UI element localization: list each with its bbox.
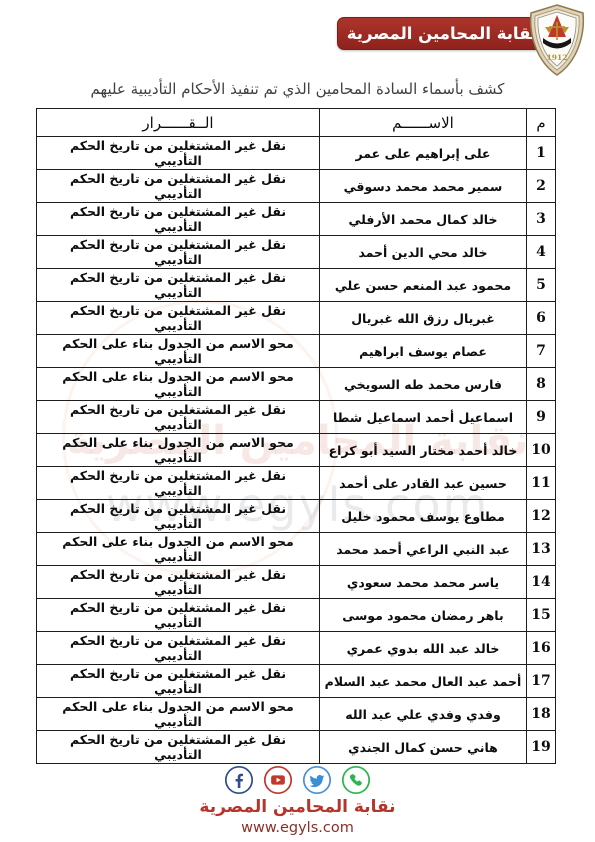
row-number: 8	[527, 368, 556, 401]
row-number: 1	[527, 137, 556, 170]
table-header-row: م الاســــــم الــقــــــرار	[37, 109, 556, 137]
table-row: 11حسين عبد القادر على أحمدنقل غير المشتغ…	[37, 467, 556, 500]
table-row: 2سمير محمد محمد دسوقينقل غير المشتغلين م…	[37, 170, 556, 203]
lawyer-name: خالد كمال محمد الأرفلي	[320, 203, 527, 236]
lawyer-name: مطاوع يوسف محمود خليل	[320, 500, 527, 533]
row-number: 10	[527, 434, 556, 467]
row-number: 2	[527, 170, 556, 203]
table-row: 14ياسر محمد محمد سعودينقل غير المشتغلين …	[37, 566, 556, 599]
decision-text: نقل غير المشتغلين من تاريخ الحكم التأديب…	[37, 302, 320, 335]
decision-text: نقل غير المشتغلين من تاريخ الحكم التأديب…	[37, 236, 320, 269]
decision-text: محو الاسم من الجدول بناء على الحكم التأد…	[37, 434, 320, 467]
lawyer-name: خالد محي الدين أحمد	[320, 236, 527, 269]
row-number: 5	[527, 269, 556, 302]
decision-text: نقل غير المشتغلين من تاريخ الحكم التأديب…	[37, 401, 320, 434]
whatsapp-icon[interactable]	[341, 765, 371, 795]
lawyer-name: سمير محمد محمد دسوقي	[320, 170, 527, 203]
lawyer-name: على إبراهيم على عمر	[320, 137, 527, 170]
table-row: 8فارس محمد طه السويخيمحو الاسم من الجدول…	[37, 368, 556, 401]
logo-year: 1912	[547, 53, 568, 62]
table-row: 13عبد النبي الراعي أحمد محمدمحو الاسم من…	[37, 533, 556, 566]
table-row: 12مطاوع يوسف محمود خليلنقل غير المشتغلين…	[37, 500, 556, 533]
table-row: 1على إبراهيم على عمرنقل غير المشتغلين من…	[37, 137, 556, 170]
col-header-decision: الــقــــــرار	[37, 109, 320, 137]
decision-text: نقل غير المشتغلين من تاريخ الحكم التأديب…	[37, 269, 320, 302]
row-number: 7	[527, 335, 556, 368]
bar-association-logo-icon: 1912	[525, 4, 589, 76]
row-number: 11	[527, 467, 556, 500]
org-banner-title: نقابة المحامين المصرية	[347, 24, 537, 43]
lawyer-name: وفدي وفدي علي عبد الله	[320, 698, 527, 731]
row-number: 17	[527, 665, 556, 698]
table-row: 16خالد عبد الله بدوي عمرينقل غير المشتغل…	[37, 632, 556, 665]
row-number: 9	[527, 401, 556, 434]
decision-text: محو الاسم من الجدول بناء على الحكم التأد…	[37, 368, 320, 401]
row-number: 15	[527, 599, 556, 632]
row-number: 3	[527, 203, 556, 236]
row-number: 6	[527, 302, 556, 335]
row-number: 13	[527, 533, 556, 566]
table-row: 3خالد كمال محمد الأرفلينقل غير المشتغلين…	[37, 203, 556, 236]
row-number: 4	[527, 236, 556, 269]
lawyer-name: خالد عبد الله بدوي عمري	[320, 632, 527, 665]
decision-text: نقل غير المشتغلين من تاريخ الحكم التأديب…	[37, 665, 320, 698]
table-row: 18وفدي وفدي علي عبد اللهمحو الاسم من الج…	[37, 698, 556, 731]
facebook-icon[interactable]	[224, 765, 254, 795]
row-number: 12	[527, 500, 556, 533]
table-row: 5محمود عبد المنعم حسن علينقل غير المشتغل…	[37, 269, 556, 302]
decision-text: محو الاسم من الجدول بناء على الحكم التأد…	[37, 533, 320, 566]
lawyer-name: غبريال رزق الله غبريال	[320, 302, 527, 335]
decision-text: نقل غير المشتغلين من تاريخ الحكم التأديب…	[37, 566, 320, 599]
table-row: 6غبريال رزق الله غبريالنقل غير المشتغلين…	[37, 302, 556, 335]
decision-text: نقل غير المشتغلين من تاريخ الحكم التأديب…	[37, 632, 320, 665]
row-number: 19	[527, 731, 556, 764]
lawyer-name: خالد أحمد مختار السيد أبو كراع	[320, 434, 527, 467]
table-row: 7عصام يوسف ابراهيممحو الاسم من الجدول بن…	[37, 335, 556, 368]
page-title: كشف بأسماء السادة المحامين الذي تم تنفيذ…	[0, 80, 595, 98]
table-row: 17أحمد عبد العال محمد عبد السلامنقل غير …	[37, 665, 556, 698]
social-icons-row	[0, 765, 595, 795]
lawyer-name: باهر رمضان محمود موسى	[320, 599, 527, 632]
lawyer-name: ياسر محمد محمد سعودي	[320, 566, 527, 599]
lawyer-name: فارس محمد طه السويخي	[320, 368, 527, 401]
lawyer-name: حسين عبد القادر على أحمد	[320, 467, 527, 500]
twitter-icon[interactable]	[302, 765, 332, 795]
disciplinary-list-table: م الاســــــم الــقــــــرار 1على إبراهي…	[36, 108, 556, 764]
table-row: 19هاني حسن كمال الجندينقل غير المشتغلين …	[37, 731, 556, 764]
table-row: 4خالد محي الدين أحمدنقل غير المشتغلين من…	[37, 236, 556, 269]
row-number: 14	[527, 566, 556, 599]
table-row: 10خالد أحمد مختار السيد أبو كراعمحو الاس…	[37, 434, 556, 467]
youtube-icon[interactable]	[263, 765, 293, 795]
lawyer-name: عبد النبي الراعي أحمد محمد	[320, 533, 527, 566]
table-row: 9اسماعيل أحمد اسماعيل شطانقل غير المشتغل…	[37, 401, 556, 434]
decision-text: نقل غير المشتغلين من تاريخ الحكم التأديب…	[37, 467, 320, 500]
decision-text: محو الاسم من الجدول بناء على الحكم التأد…	[37, 335, 320, 368]
lawyer-name: أحمد عبد العال محمد عبد السلام	[320, 665, 527, 698]
table-row: 15باهر رمضان محمود موسىنقل غير المشتغلين…	[37, 599, 556, 632]
footer-org-name: نقابة المحامين المصرية	[0, 797, 595, 817]
lawyer-name: عصام يوسف ابراهيم	[320, 335, 527, 368]
lawyer-name: محمود عبد المنعم حسن علي	[320, 269, 527, 302]
row-number: 16	[527, 632, 556, 665]
col-header-number: م	[527, 109, 556, 137]
footer-website-link[interactable]: www.egyls.com	[0, 820, 595, 836]
document-page: نقابة المحامين المصرية www.egyls.com نقا…	[0, 0, 595, 842]
decision-text: نقل غير المشتغلين من تاريخ الحكم التأديب…	[37, 203, 320, 236]
lawyer-name: هاني حسن كمال الجندي	[320, 731, 527, 764]
decision-text: نقل غير المشتغلين من تاريخ الحكم التأديب…	[37, 599, 320, 632]
decision-text: نقل غير المشتغلين من تاريخ الحكم التأديب…	[37, 137, 320, 170]
decision-text: نقل غير المشتغلين من تاريخ الحكم التأديب…	[37, 731, 320, 764]
row-number: 18	[527, 698, 556, 731]
decision-text: محو الاسم من الجدول بناء على الحكم التأد…	[37, 698, 320, 731]
col-header-name: الاســــــم	[320, 109, 527, 137]
lawyer-name: اسماعيل أحمد اسماعيل شطا	[320, 401, 527, 434]
decision-text: نقل غير المشتغلين من تاريخ الحكم التأديب…	[37, 500, 320, 533]
decision-text: نقل غير المشتغلين من تاريخ الحكم التأديب…	[37, 170, 320, 203]
